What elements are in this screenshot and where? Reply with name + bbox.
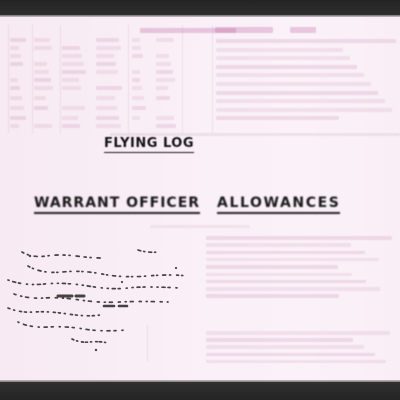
- ghost-text-line: [290, 27, 316, 33]
- ghost-text-line: [34, 106, 48, 110]
- ghost-text-line: [156, 116, 174, 120]
- ghost-text-line: [132, 86, 142, 90]
- ghost-text-line: [10, 116, 26, 120]
- ghost-text-line: [34, 46, 52, 50]
- ghost-text-line: [156, 54, 169, 58]
- ghost-text-line: [62, 78, 79, 82]
- ghost-text-line: [216, 82, 371, 86]
- ghost-text-line: [62, 106, 85, 110]
- ghost-table-column-line: [32, 25, 33, 133]
- ghost-text-line: [206, 360, 386, 364]
- subtitle-part-1: WARRANT OFFICER: [34, 195, 200, 214]
- ghost-table-column-line: [128, 25, 129, 133]
- ghost-text-line: [10, 38, 26, 42]
- ghost-text-line: [132, 54, 143, 58]
- ghost-text-line: [156, 78, 175, 82]
- page-subtitle: WARRANT OFFICERALLOWANCES: [34, 195, 340, 211]
- ghost-text-line: [62, 46, 80, 50]
- ghost-text-line: [206, 236, 392, 240]
- subtitle-part-2: ALLOWANCES: [217, 195, 340, 214]
- ghost-text-line: [206, 338, 353, 342]
- ghost-text-line: [62, 54, 82, 58]
- ghost-text-line: [62, 124, 80, 128]
- ghost-text-line: [10, 62, 23, 66]
- ghost-table-column-line: [212, 25, 213, 133]
- ghost-table-column-line: [60, 25, 61, 133]
- ghost-text-line: [216, 108, 392, 112]
- ghost-text-line: [96, 38, 119, 42]
- ghost-text-line: [206, 251, 365, 255]
- ghost-table-column-line: [8, 25, 9, 133]
- ghost-text-line: [206, 287, 380, 291]
- ghost-text-line: [156, 70, 173, 74]
- ghost-text-line: [206, 345, 364, 349]
- ghost-text-line: [156, 62, 171, 66]
- ghost-text-line: [216, 99, 385, 103]
- ghost-text-line: [206, 294, 339, 298]
- ghost-text-line: [10, 54, 21, 58]
- ghost-text-line: [216, 116, 339, 120]
- ghost-text-line: [216, 73, 364, 77]
- ghost-text-line: [34, 38, 50, 42]
- ghost-text-line: [62, 86, 81, 90]
- page-title: FLYING LOG: [104, 136, 194, 151]
- letterbox-top: [0, 0, 400, 15]
- ghost-text-line: [206, 280, 366, 284]
- ghost-text-line: [215, 27, 273, 33]
- ghost-text-line: [132, 70, 140, 74]
- ghost-text-line: [132, 46, 141, 50]
- ghost-text-line: [10, 106, 24, 110]
- ghost-text-line: [206, 265, 338, 269]
- ghost-text-line: [132, 38, 140, 42]
- ghost-text-line: [34, 62, 47, 66]
- photo-of-document: FLYING LOG WARRANT OFFICERALLOWANCES: [0, 0, 400, 400]
- ghost-text-line: [206, 243, 351, 247]
- ghost-text-line: [216, 65, 357, 69]
- ghost-table-column-line: [182, 25, 183, 133]
- ghost-text-line: [10, 124, 19, 128]
- ghost-text-line: [132, 78, 140, 82]
- ghost-text-line: [10, 86, 20, 90]
- ghost-text-line: [96, 54, 114, 58]
- ghost-text-line: [34, 86, 53, 90]
- ghost-text-line: [62, 70, 86, 74]
- ghost-text-line: [10, 46, 19, 50]
- ghost-text-line: [10, 78, 18, 82]
- ghost-text-line: [34, 96, 46, 100]
- ghost-text-line: [96, 106, 117, 110]
- ghost-text-line: [96, 116, 119, 120]
- ghost-text-line: [34, 70, 49, 74]
- ghost-text-line: [216, 56, 350, 60]
- ghost-text-line: [96, 86, 122, 90]
- ghost-text-line: [216, 39, 396, 43]
- ghost-text-line: [156, 38, 174, 42]
- ghost-text-line: [156, 86, 168, 90]
- ghost-text-line: [62, 62, 84, 66]
- document-page: FLYING LOG WARRANT OFFICERALLOWANCES: [0, 17, 400, 380]
- ghost-text-line: [34, 78, 51, 82]
- ghost-text-line: [216, 91, 378, 95]
- ghost-text-line: [132, 116, 140, 120]
- ghost-text-line: [132, 106, 146, 110]
- ghost-text-line: [62, 116, 78, 120]
- ghost-text-line: [96, 70, 118, 74]
- ghost-text-line: [96, 46, 121, 50]
- ghost-text-line: [206, 353, 375, 357]
- handwritten-note: [0, 242, 215, 367]
- ghost-text-line: [150, 225, 250, 228]
- page-title-text: FLYING LOG: [104, 136, 194, 153]
- ghost-text-line: [96, 124, 121, 128]
- ghost-text-line: [34, 124, 52, 128]
- ghost-text-line: [206, 273, 352, 277]
- ghost-text-line: [96, 96, 115, 100]
- ghost-text-line: [156, 124, 176, 128]
- ghost-text-line: [132, 96, 144, 100]
- ghost-text-line: [10, 96, 22, 100]
- ghost-text-line: [206, 258, 379, 262]
- ghost-text-line: [156, 96, 170, 100]
- letterbox-bottom: [0, 382, 400, 400]
- ghost-text-line: [206, 331, 390, 335]
- ghost-text-line: [216, 48, 343, 52]
- ghost-text-line: [96, 62, 116, 66]
